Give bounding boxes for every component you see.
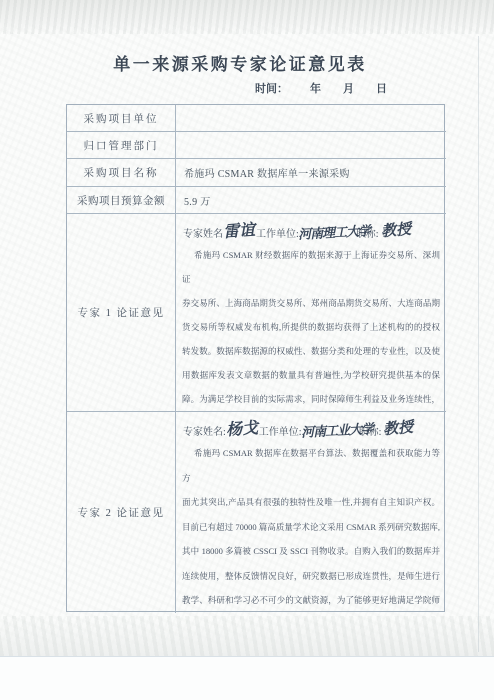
expert2-header: 专家姓名: 杨戈 工作单位: 河南工业大学 职称: 教授 [176, 412, 446, 438]
opinion-line: 货交易所等权威发布机构,所提供的数据均获得了上述机构的的授权 [182, 315, 440, 339]
expert1-name-label: 专家姓名 [183, 225, 223, 240]
expert2-handwritten-name: 杨戈 [225, 415, 259, 440]
opinion-line: 教学、科研和学习必不可少的文献资源，为了能够更好地满足学院师 [182, 588, 440, 613]
opinion-line: 用数据库发表文章数据的数量具有普遍性,为学校研究提供基本的保 [182, 363, 440, 387]
time-line: 时间： 年 月 日 [255, 80, 387, 96]
expert1-header: 专家姓名 雷谊 工作单位: 河南理工大学 职称: 教授 [176, 214, 446, 240]
opinion-line: 生学术科研上面的数据需求，保证 CSMAR 数据库数据持续性，需要从 [182, 613, 440, 614]
month-label: 月 [343, 80, 354, 96]
opinion-line: 希施玛 CSMAR 数据库在数据平台算法、数据覆盖和获取能力等方 [182, 441, 440, 490]
expert1-handwritten-org: 河南理工大学 [297, 220, 370, 243]
value-purchasing-unit [176, 105, 446, 132]
expert2-opinion-cell: 专家姓名: 杨戈 工作单位: 河南工业大学 职称: 教授 希施玛 CSMAR 数… [176, 412, 446, 613]
scan-artifact-bottom [0, 616, 494, 656]
expert2-opinion-text: 希施玛 CSMAR 数据库在数据平台算法、数据覆盖和获取能力等方 面尤其突出,产… [176, 438, 446, 613]
expert1-handwritten-title: 教授 [380, 218, 412, 242]
opinion-line: 券交易所、上海商品期货交易所、郑州商品期货交易所、大连商品期 [182, 291, 440, 315]
row-label-managing-dept: 归口管理部门 [67, 132, 176, 159]
scan-area-below [0, 657, 494, 700]
expert1-handwritten-name: 雷谊 [222, 217, 256, 242]
year-label: 年 [310, 80, 321, 96]
expert2-org-label: 工作单位: [259, 423, 302, 438]
value-project-name: 希施玛 CSMAR 数据库单一来源采购 [176, 159, 446, 187]
row-label-project-name: 采购项目名称 [67, 159, 176, 187]
expert1-opinion-text: 希施玛 CSMAR 财经数据库的数据来源于上海证券交易所、深圳证 券交易所、上海… [176, 240, 446, 412]
scan-edge-right [478, 36, 479, 652]
expert2-handwritten-org: 河南工业大学 [300, 418, 373, 441]
row-label-purchasing-unit: 采购项目单位 [67, 105, 176, 132]
expert2-handwritten-title: 教授 [383, 416, 415, 440]
row-label-budget: 采购项目预算金额 [67, 187, 176, 214]
opinion-form-table: 采购项目单位 归口管理部门 采购项目名称 希施玛 CSMAR 数据库单一来源采购… [66, 104, 445, 612]
expert1-org-label: 工作单位: [256, 225, 299, 240]
opinion-line: 目前已有超过 70000 篇高质量学术论文采用 CSMAR 系列研究数据库, [182, 515, 440, 540]
opinion-line: 连续使用，整体反馈情况良好，研究数据已形成连贯性，是师生进行 [182, 564, 440, 589]
opinion-line: 转发数。数据库数据源的权威性、数据分类和处理的专业性，以及使 [182, 339, 440, 363]
day-label: 日 [376, 80, 387, 96]
page-title: 单一来源采购专家论证意见表 [0, 50, 480, 75]
opinion-line: 障。为满足学校目前的实际需求，同时保障师生利益及业务连续性， [182, 387, 440, 411]
opinion-line: 希施玛 CSMAR 财经数据库的数据来源于上海证券交易所、深圳证 [182, 243, 440, 291]
expert1-opinion-cell: 专家姓名 雷谊 工作单位: 河南理工大学 职称: 教授 希施玛 CSMAR 财经… [176, 214, 446, 412]
row-label-expert2-opinion: 专家 2 论证意见 [67, 412, 176, 613]
value-managing-dept [176, 132, 446, 159]
row-label-expert1-opinion: 专家 1 论证意见 [67, 214, 176, 412]
expert2-name-label: 专家姓名: [183, 423, 226, 438]
time-label: 时间： [255, 80, 288, 96]
value-budget: 5.9 万 [176, 187, 446, 214]
scanned-page: 单一来源采购专家论证意见表 时间： 年 月 日 采购项目单位 归口管理部门 采购… [0, 0, 494, 700]
opinion-line: 其中 18000 多篇被 CSSCI 及 SSCI 刊物收录。自购入我们的数据库… [182, 539, 440, 564]
opinion-line: 面尤其突出,产品具有很强的独特性及唯一性,并拥有自主知识产权。 [182, 490, 440, 515]
scan-artifact-top [0, 0, 494, 34]
